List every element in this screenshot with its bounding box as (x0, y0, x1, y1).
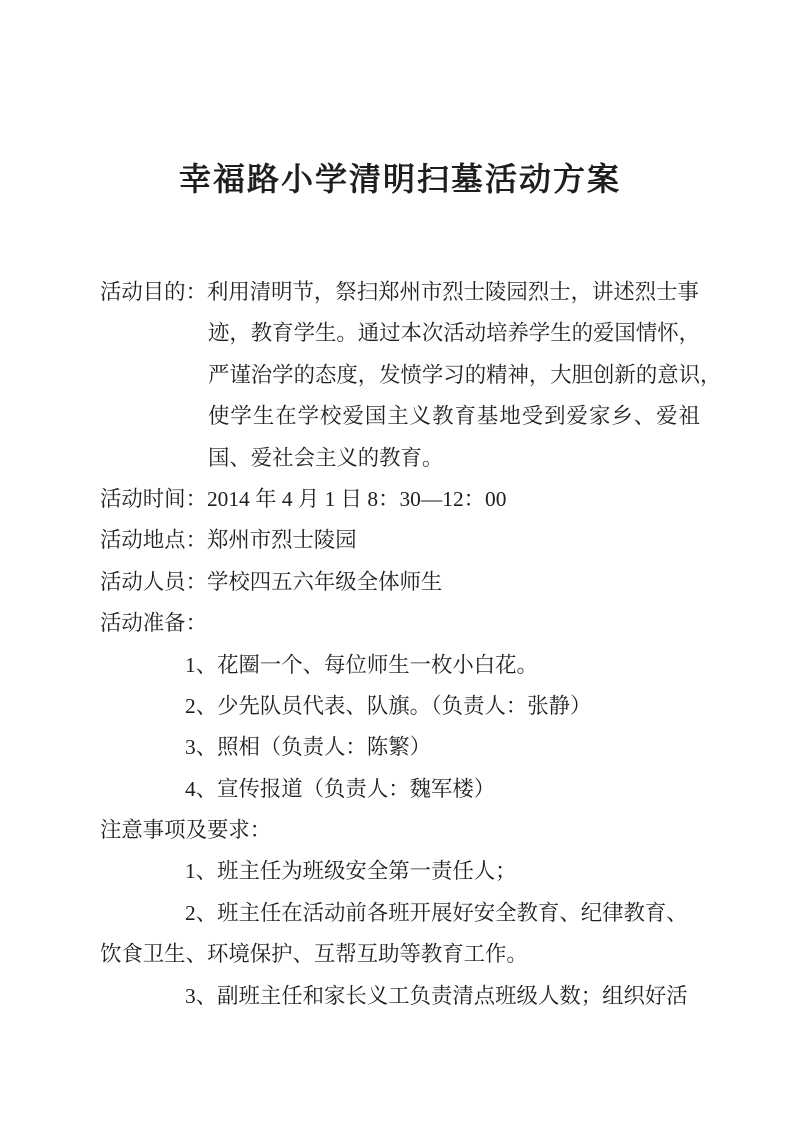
body-line: 活动人员：学校四五六年级全体师生 (100, 562, 700, 603)
body-line: 国、爱社会主义的教育。 (100, 438, 700, 479)
body-line: 活动目的：利用清明节，祭扫郑州市烈士陵园烈士，讲述烈士事 (100, 272, 700, 313)
body-line: 1、班主任为班级安全第一责任人； (100, 851, 700, 892)
body-line: 活动地点：郑州市烈士陵园 (100, 520, 700, 561)
body-line: 活动时间：2014 年 4 月 1 日 8：30—12：00 (100, 479, 700, 520)
document-body: 活动目的：利用清明节，祭扫郑州市烈士陵园烈士，讲述烈士事迹，教育学生。通过本次活… (100, 272, 700, 1017)
body-line: 3、副班主任和家长义工负责清点班级人数；组织好活 (100, 976, 700, 1017)
body-line: 使学生在学校爱国主义教育基地受到爱家乡、爱祖 (100, 396, 700, 437)
body-line: 3、照相（负责人：陈繁） (100, 727, 700, 768)
body-line: 2、班主任在活动前各班开展好安全教育、纪律教育、 (100, 893, 700, 934)
document-page: 幸福路小学清明扫墓活动方案 活动目的：利用清明节，祭扫郑州市烈士陵园烈士，讲述烈… (0, 0, 793, 1122)
body-line: 迹，教育学生。通过本次活动培养学生的爱国情怀， (100, 313, 700, 354)
body-line: 1、花圈一个、每位师生一枚小白花。 (100, 645, 700, 686)
body-line: 活动准备： (100, 603, 700, 644)
body-line: 饮食卫生、环境保护、互帮互助等教育工作。 (100, 934, 700, 975)
body-line: 严谨治学的态度，发愤学习的精神，大胆创新的意识， (100, 355, 700, 396)
document-title: 幸福路小学清明扫墓活动方案 (100, 160, 700, 198)
body-line: 4、宣传报道（负责人：魏军楼） (100, 769, 700, 810)
body-line: 注意事项及要求： (100, 810, 700, 851)
body-line: 2、少先队员代表、队旗。（负责人：张静） (100, 686, 700, 727)
